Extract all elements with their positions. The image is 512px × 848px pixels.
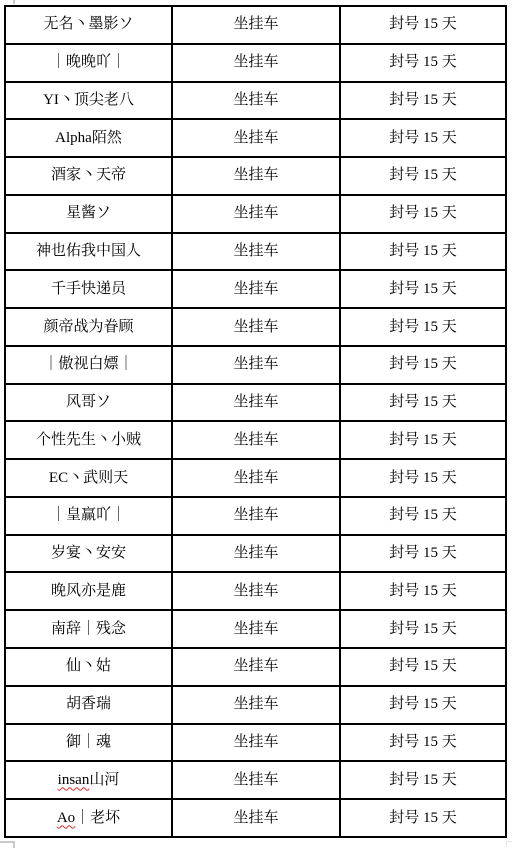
violation-cell: 坐挂车	[172, 82, 340, 120]
violation-cell: 坐挂车	[172, 497, 340, 535]
table-row: 个性先生丶小贼坐挂车封号 15 天	[5, 421, 506, 459]
table-row: 无名丶墨影ソ坐挂车封号 15 天	[5, 6, 506, 44]
table-row: 御｜魂坐挂车封号 15 天	[5, 724, 506, 762]
misspelled-text: insan	[58, 772, 90, 788]
violation-cell: 坐挂车	[172, 421, 340, 459]
table-row: 岁宴丶安安坐挂车封号 15 天	[5, 535, 506, 573]
player-name-cell: 南辞｜残念	[5, 610, 172, 648]
table-row: Alpha陌然坐挂车封号 15 天	[5, 119, 506, 157]
page-margin-mark-top-left	[0, 0, 15, 4]
player-name-cell: 御｜魂	[5, 724, 172, 762]
table-row: 神也佑我中国人坐挂车封号 15 天	[5, 233, 506, 271]
table-row: Ao｜老坏坐挂车封号 15 天	[5, 799, 506, 837]
violation-cell: 坐挂车	[172, 6, 340, 44]
violation-cell: 坐挂车	[172, 346, 340, 384]
punishment-cell: 封号 15 天	[340, 6, 506, 44]
player-name-cell: 个性先生丶小贼	[5, 421, 172, 459]
player-name-cell: 千手快递员	[5, 270, 172, 308]
punishment-cell: 封号 15 天	[340, 421, 506, 459]
ban-list-table: 无名丶墨影ソ坐挂车封号 15 天｜晚晚吖｜坐挂车封号 15 天YI丶顶尖老八坐挂…	[4, 5, 507, 838]
table-row: EC丶武则天坐挂车封号 15 天	[5, 459, 506, 497]
punishment-cell: 封号 15 天	[340, 724, 506, 762]
table-row: 星酱ソ坐挂车封号 15 天	[5, 195, 506, 233]
page-margin-mark-bottom-left	[0, 841, 15, 848]
violation-cell: 坐挂车	[172, 724, 340, 762]
punishment-cell: 封号 15 天	[340, 44, 506, 82]
violation-cell: 坐挂车	[172, 535, 340, 573]
player-name-cell: YI丶顶尖老八	[5, 82, 172, 120]
punishment-cell: 封号 15 天	[340, 686, 506, 724]
player-name-cell: ｜傲视白嫖｜	[5, 346, 172, 384]
document-page: 无名丶墨影ソ坐挂车封号 15 天｜晚晚吖｜坐挂车封号 15 天YI丶顶尖老八坐挂…	[0, 0, 512, 848]
punishment-cell: 封号 15 天	[340, 270, 506, 308]
table-row: 颜帝战为眷顾坐挂车封号 15 天	[5, 308, 506, 346]
violation-cell: 坐挂车	[172, 119, 340, 157]
misspelled-text: Ao	[57, 810, 75, 826]
player-name-cell: 神也佑我中国人	[5, 233, 172, 271]
violation-cell: 坐挂车	[172, 270, 340, 308]
player-name-cell: 颜帝战为眷顾	[5, 308, 172, 346]
violation-cell: 坐挂车	[172, 384, 340, 422]
violation-cell: 坐挂车	[172, 44, 340, 82]
punishment-cell: 封号 15 天	[340, 233, 506, 271]
player-name-cell: EC丶武则天	[5, 459, 172, 497]
punishment-cell: 封号 15 天	[340, 384, 506, 422]
player-name-cell: ｜皇赢吖｜	[5, 497, 172, 535]
table-row: ｜傲视白嫖｜坐挂车封号 15 天	[5, 346, 506, 384]
player-name-cell: 星酱ソ	[5, 195, 172, 233]
table-row: 千手快递员坐挂车封号 15 天	[5, 270, 506, 308]
violation-cell: 坐挂车	[172, 157, 340, 195]
player-name-cell: insan山河	[5, 761, 172, 799]
player-name-cell: 无名丶墨影ソ	[5, 6, 172, 44]
punishment-cell: 封号 15 天	[340, 610, 506, 648]
table-row: 风哥ソ坐挂车封号 15 天	[5, 384, 506, 422]
player-name-cell: 岁宴丶安安	[5, 535, 172, 573]
punishment-cell: 封号 15 天	[340, 648, 506, 686]
violation-cell: 坐挂车	[172, 459, 340, 497]
violation-cell: 坐挂车	[172, 308, 340, 346]
violation-cell: 坐挂车	[172, 572, 340, 610]
table-row: 胡香瑞坐挂车封号 15 天	[5, 686, 506, 724]
player-name-cell: 晚风亦是鹿	[5, 572, 172, 610]
violation-cell: 坐挂车	[172, 686, 340, 724]
punishment-cell: 封号 15 天	[340, 572, 506, 610]
punishment-cell: 封号 15 天	[340, 497, 506, 535]
violation-cell: 坐挂车	[172, 799, 340, 837]
violation-cell: 坐挂车	[172, 195, 340, 233]
player-name-cell: 仙丶姑	[5, 648, 172, 686]
punishment-cell: 封号 15 天	[340, 195, 506, 233]
player-name-cell: ｜晚晚吖｜	[5, 44, 172, 82]
punishment-cell: 封号 15 天	[340, 308, 506, 346]
table-row: 仙丶姑坐挂车封号 15 天	[5, 648, 506, 686]
table-row: YI丶顶尖老八坐挂车封号 15 天	[5, 82, 506, 120]
violation-cell: 坐挂车	[172, 761, 340, 799]
violation-cell: 坐挂车	[172, 610, 340, 648]
punishment-cell: 封号 15 天	[340, 459, 506, 497]
violation-cell: 坐挂车	[172, 648, 340, 686]
page-margin-mark-bottom-right	[506, 841, 512, 847]
table-row: insan山河坐挂车封号 15 天	[5, 761, 506, 799]
punishment-cell: 封号 15 天	[340, 119, 506, 157]
player-name-cell: 酒家丶天帝	[5, 157, 172, 195]
punishment-cell: 封号 15 天	[340, 157, 506, 195]
table-body: 无名丶墨影ソ坐挂车封号 15 天｜晚晚吖｜坐挂车封号 15 天YI丶顶尖老八坐挂…	[5, 6, 506, 837]
punishment-cell: 封号 15 天	[340, 82, 506, 120]
punishment-cell: 封号 15 天	[340, 535, 506, 573]
player-name-cell: Alpha陌然	[5, 119, 172, 157]
punishment-cell: 封号 15 天	[340, 761, 506, 799]
player-name-cell: 风哥ソ	[5, 384, 172, 422]
player-name-cell: Ao｜老坏	[5, 799, 172, 837]
table-row: ｜皇赢吖｜坐挂车封号 15 天	[5, 497, 506, 535]
punishment-cell: 封号 15 天	[340, 346, 506, 384]
violation-cell: 坐挂车	[172, 233, 340, 271]
table-row: 晚风亦是鹿坐挂车封号 15 天	[5, 572, 506, 610]
player-name-cell: 胡香瑞	[5, 686, 172, 724]
punishment-cell: 封号 15 天	[340, 799, 506, 837]
table-row: ｜晚晚吖｜坐挂车封号 15 天	[5, 44, 506, 82]
table-row: 酒家丶天帝坐挂车封号 15 天	[5, 157, 506, 195]
table-row: 南辞｜残念坐挂车封号 15 天	[5, 610, 506, 648]
